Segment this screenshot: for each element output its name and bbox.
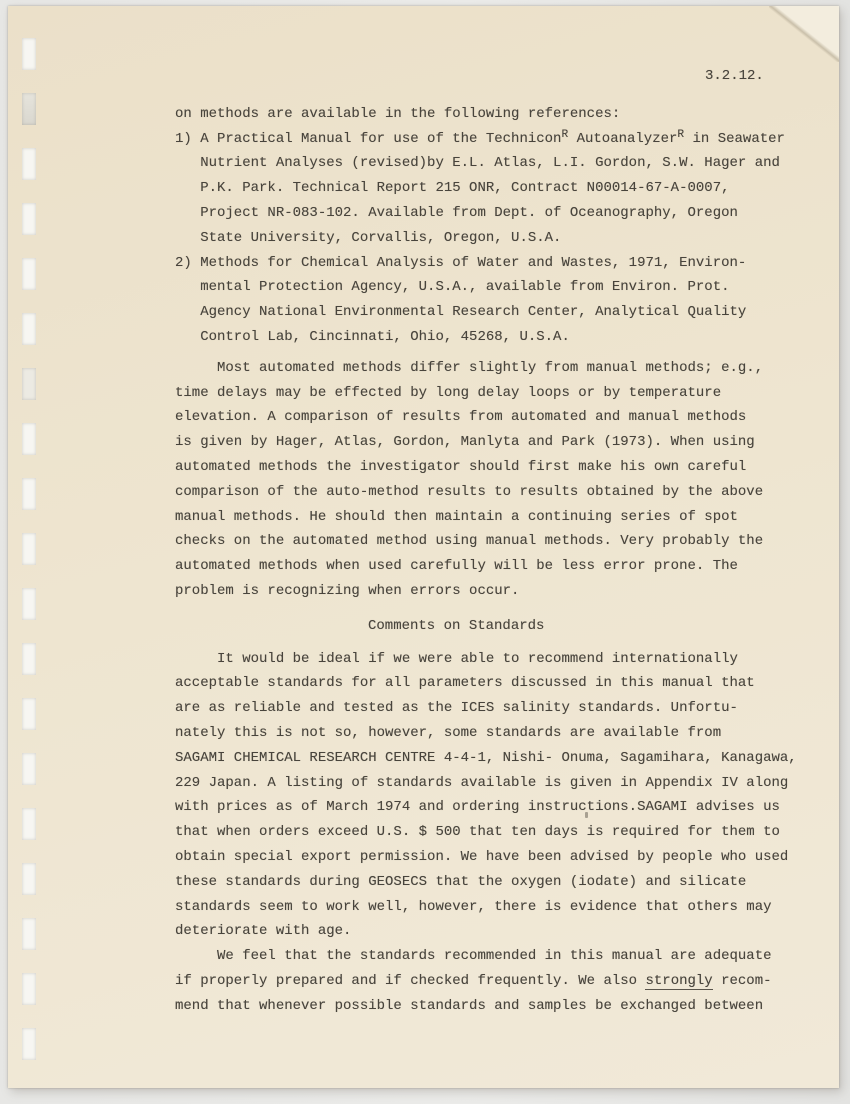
binding-hole	[22, 93, 36, 125]
page-corner-fold-icon	[769, 6, 839, 62]
superscript-mark: R	[561, 129, 568, 141]
binding-hole	[22, 808, 36, 840]
binding-hole	[22, 698, 36, 730]
page-number: 3.2.12.	[175, 64, 797, 89]
text-line: 2) Methods for Chemical Analysis of Wate…	[175, 251, 797, 276]
text-line: if properly prepared and if checked freq…	[175, 969, 797, 994]
text-line: deteriorate with age.	[175, 919, 797, 944]
text-line: obtain special export permission. We hav…	[175, 845, 797, 870]
reference-1: 1) A Practical Manual for use of the Tec…	[175, 127, 797, 251]
binding-hole	[22, 478, 36, 510]
text-line: that when orders exceed U.S. $ 500 that …	[175, 820, 797, 845]
text-line: automated methods when used carefully wi…	[175, 554, 797, 579]
text-line: Nutrient Analyses (revised)by E.L. Atlas…	[175, 151, 797, 176]
binding-hole	[22, 863, 36, 895]
text-line: comparison of the auto-method results to…	[175, 480, 797, 505]
text-line: is given by Hager, Atlas, Gordon, Manlyt…	[175, 430, 797, 455]
text-line: mental Protection Agency, U.S.A., availa…	[175, 275, 797, 300]
text-line: 229 Japan. A listing of standards availa…	[175, 771, 797, 796]
text-line: with prices as of March 1974 and orderin…	[175, 795, 797, 820]
binding-hole	[22, 258, 36, 290]
binding-hole	[22, 1028, 36, 1060]
binding-hole	[22, 368, 36, 400]
text-line: problem is recognizing when errors occur…	[175, 579, 797, 604]
text-line: We feel that the standards recommended i…	[175, 944, 797, 969]
superscript-mark: R	[677, 129, 684, 141]
heading-comments-on-standards: Comments on Standards	[175, 614, 797, 639]
text-line: nately this is not so, however, some sta…	[175, 721, 797, 746]
text-line: SAGAMI CHEMICAL RESEARCH CENTRE 4-4-1, N…	[175, 746, 797, 771]
text-line: Project NR-083-102. Available from Dept.…	[175, 201, 797, 226]
text-line: mend that whenever possible standards an…	[175, 994, 797, 1019]
document-page: 3.2.12. on methods are available in the …	[8, 6, 839, 1088]
binding-hole	[22, 533, 36, 565]
binding-holes	[22, 38, 36, 1083]
reference-2: 2) Methods for Chemical Analysis of Wate…	[175, 251, 797, 350]
text-line: acceptable standards for all parameters …	[175, 671, 797, 696]
binding-hole	[22, 203, 36, 235]
binding-hole	[22, 588, 36, 620]
underlined-word: strongly	[645, 973, 712, 990]
text-line: on methods are available in the followin…	[175, 102, 797, 127]
text-line: P.K. Park. Technical Report 215 ONR, Con…	[175, 176, 797, 201]
binding-hole	[22, 313, 36, 345]
binding-hole	[22, 643, 36, 675]
text-line: standards seem to work well, however, th…	[175, 895, 797, 920]
paragraph-standards-availability: It would be ideal if we were able to rec…	[175, 647, 797, 945]
binding-hole	[22, 973, 36, 1005]
text-line: State University, Corvallis, Oregon, U.S…	[175, 226, 797, 251]
text-line: automated methods the investigator shoul…	[175, 455, 797, 480]
paragraph-recommendation: We feel that the standards recommended i…	[175, 944, 797, 1018]
document-content: 3.2.12. on methods are available in the …	[175, 64, 797, 1018]
paragraph-automated-methods: Most automated methods differ slightly f…	[175, 356, 797, 604]
text-line: these standards during GEOSECS that the …	[175, 870, 797, 895]
text-line: elevation. A comparison of results from …	[175, 405, 797, 430]
binding-hole	[22, 423, 36, 455]
text-line: time delays may be effected by long dela…	[175, 381, 797, 406]
text-line: 1) A Practical Manual for use of the Tec…	[175, 127, 797, 152]
text-line: It would be ideal if we were able to rec…	[175, 647, 797, 672]
binding-hole	[22, 918, 36, 950]
text-line: Agency National Environmental Research C…	[175, 300, 797, 325]
scanned-document-background: { "colors": { "paper": "#eee5d0", "backg…	[0, 0, 850, 1104]
text-line: checks on the automated method using man…	[175, 529, 797, 554]
text-line: manual methods. He should then maintain …	[175, 505, 797, 530]
text-line: Most automated methods differ slightly f…	[175, 356, 797, 381]
binding-hole	[22, 38, 36, 70]
section-heading: Comments on Standards	[175, 614, 797, 639]
binding-hole	[22, 148, 36, 180]
intro-line: on methods are available in the followin…	[175, 102, 797, 127]
text-line: are as reliable and tested as the ICES s…	[175, 696, 797, 721]
text-line: Control Lab, Cincinnati, Ohio, 45268, U.…	[175, 325, 797, 350]
binding-hole	[22, 753, 36, 785]
